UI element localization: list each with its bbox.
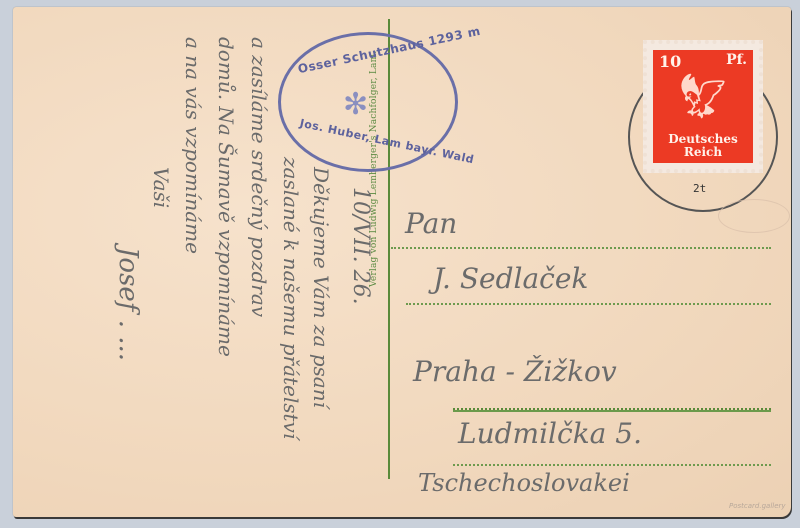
address-line-1 (391, 247, 771, 249)
pencil-note (718, 199, 790, 233)
message-line-5: a na vás vzpomínáme (181, 37, 205, 254)
address-line-4 (453, 464, 771, 466)
message-line-6: Vaši (149, 167, 173, 208)
address-salutation: Pan (405, 207, 457, 240)
postmark-code: 2t (693, 182, 706, 195)
message-line-3: a zasíláme srdečný pozdrav (247, 37, 271, 317)
postcard: Verlag von Ludwig Lemberger's Nachfolger… (13, 7, 791, 517)
address-street: Ludmilčka 5. (458, 417, 642, 450)
address-city: Praha - Žižkov (413, 355, 617, 388)
address-line-2 (406, 303, 771, 305)
stamp-country: Deutsches Reich (653, 133, 753, 159)
message-line-4: domů. Na Šumavě vzpomínáme (214, 37, 238, 357)
message-signature: Josef . ... (113, 247, 143, 361)
stamp-unit: Pf. (726, 52, 747, 68)
message-line-2: zaslané k našemu přátelství (279, 157, 303, 439)
edelweiss-icon: ✻ (343, 87, 368, 122)
address-name: J. Sedlaček (433, 262, 588, 295)
address-line-3 (453, 408, 771, 410)
stamp-value: 10 (659, 52, 681, 71)
watermark: Postcard.gallery (729, 502, 786, 510)
postage-stamp: 10 Pf. 🦅︎ Deutsches Reich (643, 40, 763, 173)
eagle-icon: 🦅︎ (653, 72, 753, 122)
message-line-1: Děkujeme Vám za psaní (309, 167, 333, 408)
address-country: Tschechoslovakei (418, 469, 630, 497)
message-date: 10/VII. 26. (348, 187, 373, 305)
